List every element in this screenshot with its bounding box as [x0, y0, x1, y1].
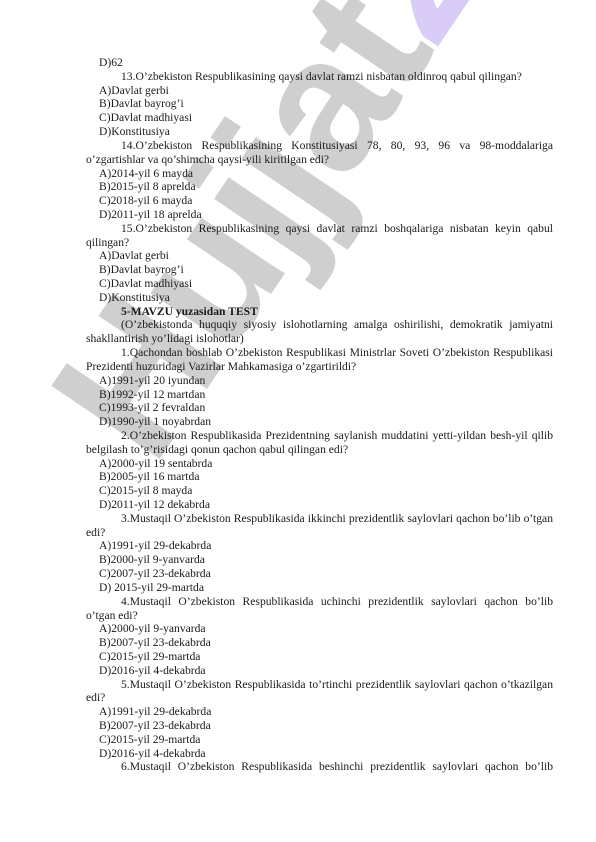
- answer-option: C)2015-yil 29-martda: [86, 733, 553, 747]
- answer-option: A)1991-yil 29-dekabrda: [86, 705, 553, 719]
- answer-option: D)2011-yil 18 aprelda: [86, 208, 553, 222]
- answer-option: B)2007-yil 23-dekabrda: [86, 636, 553, 650]
- answer-option: C)Davlat madhiyasi: [86, 277, 553, 291]
- question-5: 5.Mustaqil O’zbekiston Respublikasida to…: [86, 678, 553, 706]
- answer-option: A)2000-yil 9-yanvarda: [86, 622, 553, 636]
- answer-option: C)2015-yil 29-martda: [86, 650, 553, 664]
- section-title: 5-MAVZU yuzasidan TEST: [86, 305, 553, 319]
- answer-option: C)2015-yil 8 mayda: [86, 484, 553, 498]
- question-3: 3.Mustaqil O’zbekiston Respublikasida ik…: [86, 512, 553, 540]
- document-body: D)62 13.O’zbekiston Respublikasining qay…: [86, 56, 553, 774]
- answer-option: B)2000-yil 9-yanvarda: [86, 553, 553, 567]
- answer-option: D)1990-yil 1 noyabrdan: [86, 415, 553, 429]
- answer-option: D)62: [86, 56, 553, 70]
- answer-option: D) 2015-yil 29-martda: [86, 581, 553, 595]
- document-page: Hujjat24 D)62 13.O’zbekiston Respublikas…: [0, 0, 596, 842]
- question-15: 15.O’zbekiston Respublikasining qaysi da…: [86, 222, 553, 250]
- answer-option: D)Konstitusiya: [86, 291, 553, 305]
- answer-option: C)2018-yil 6 mayda: [86, 194, 553, 208]
- answer-option: B)2005-yil 16 martda: [86, 470, 553, 484]
- answer-option: C)1993-yil 2 fevraldan: [86, 401, 553, 415]
- question-14: 14.O’zbekiston Respublikasining Konstitu…: [86, 139, 553, 167]
- answer-option: A)Davlat gerbi: [86, 84, 553, 98]
- answer-option: D)Konstitusiya: [86, 125, 553, 139]
- answer-option: D)2016-yil 4-dekabrda: [86, 664, 553, 678]
- answer-option: A)2000-yil 19 sentabrda: [86, 457, 553, 471]
- answer-option: B)Davlat bayrog’i: [86, 97, 553, 111]
- answer-option: C)2007-yil 23-dekabrda: [86, 567, 553, 581]
- question-2: 2.O’zbekiston Respublikasida Prezidentni…: [86, 429, 553, 457]
- answer-option: A)1991-yil 20 iyundan: [86, 374, 553, 388]
- answer-option: B)Davlat bayrog’i: [86, 263, 553, 277]
- answer-option: A)Davlat gerbi: [86, 249, 553, 263]
- question-6: 6.Mustaqil O’zbekiston Respublikasida be…: [86, 760, 553, 774]
- question-4: 4.Mustaqil O’zbekiston Respublikasida uc…: [86, 595, 553, 623]
- answer-option: A)1991-yil 29-dekabrda: [86, 539, 553, 553]
- answer-option: B)2015-yil 8 aprelda: [86, 180, 553, 194]
- answer-option: D)2011-yil 12 dekabrda: [86, 498, 553, 512]
- answer-option: B)1992-yil 12 martdan: [86, 388, 553, 402]
- answer-option: C)Davlat madhiyasi: [86, 111, 553, 125]
- answer-option: B)2007-yil 23-dekabrda: [86, 719, 553, 733]
- question-1: 1.Qachondan boshlab O’zbekiston Respubli…: [86, 346, 553, 374]
- section-subtitle: (O’zbekistonda huquqiy siyosiy islohotla…: [86, 318, 553, 346]
- answer-option: A)2014-yil 6 mayda: [86, 167, 553, 181]
- answer-option: D)2016-yil 4-dekabrda: [86, 747, 553, 761]
- question-13: 13.O’zbekiston Respublikasining qaysi da…: [86, 70, 553, 84]
